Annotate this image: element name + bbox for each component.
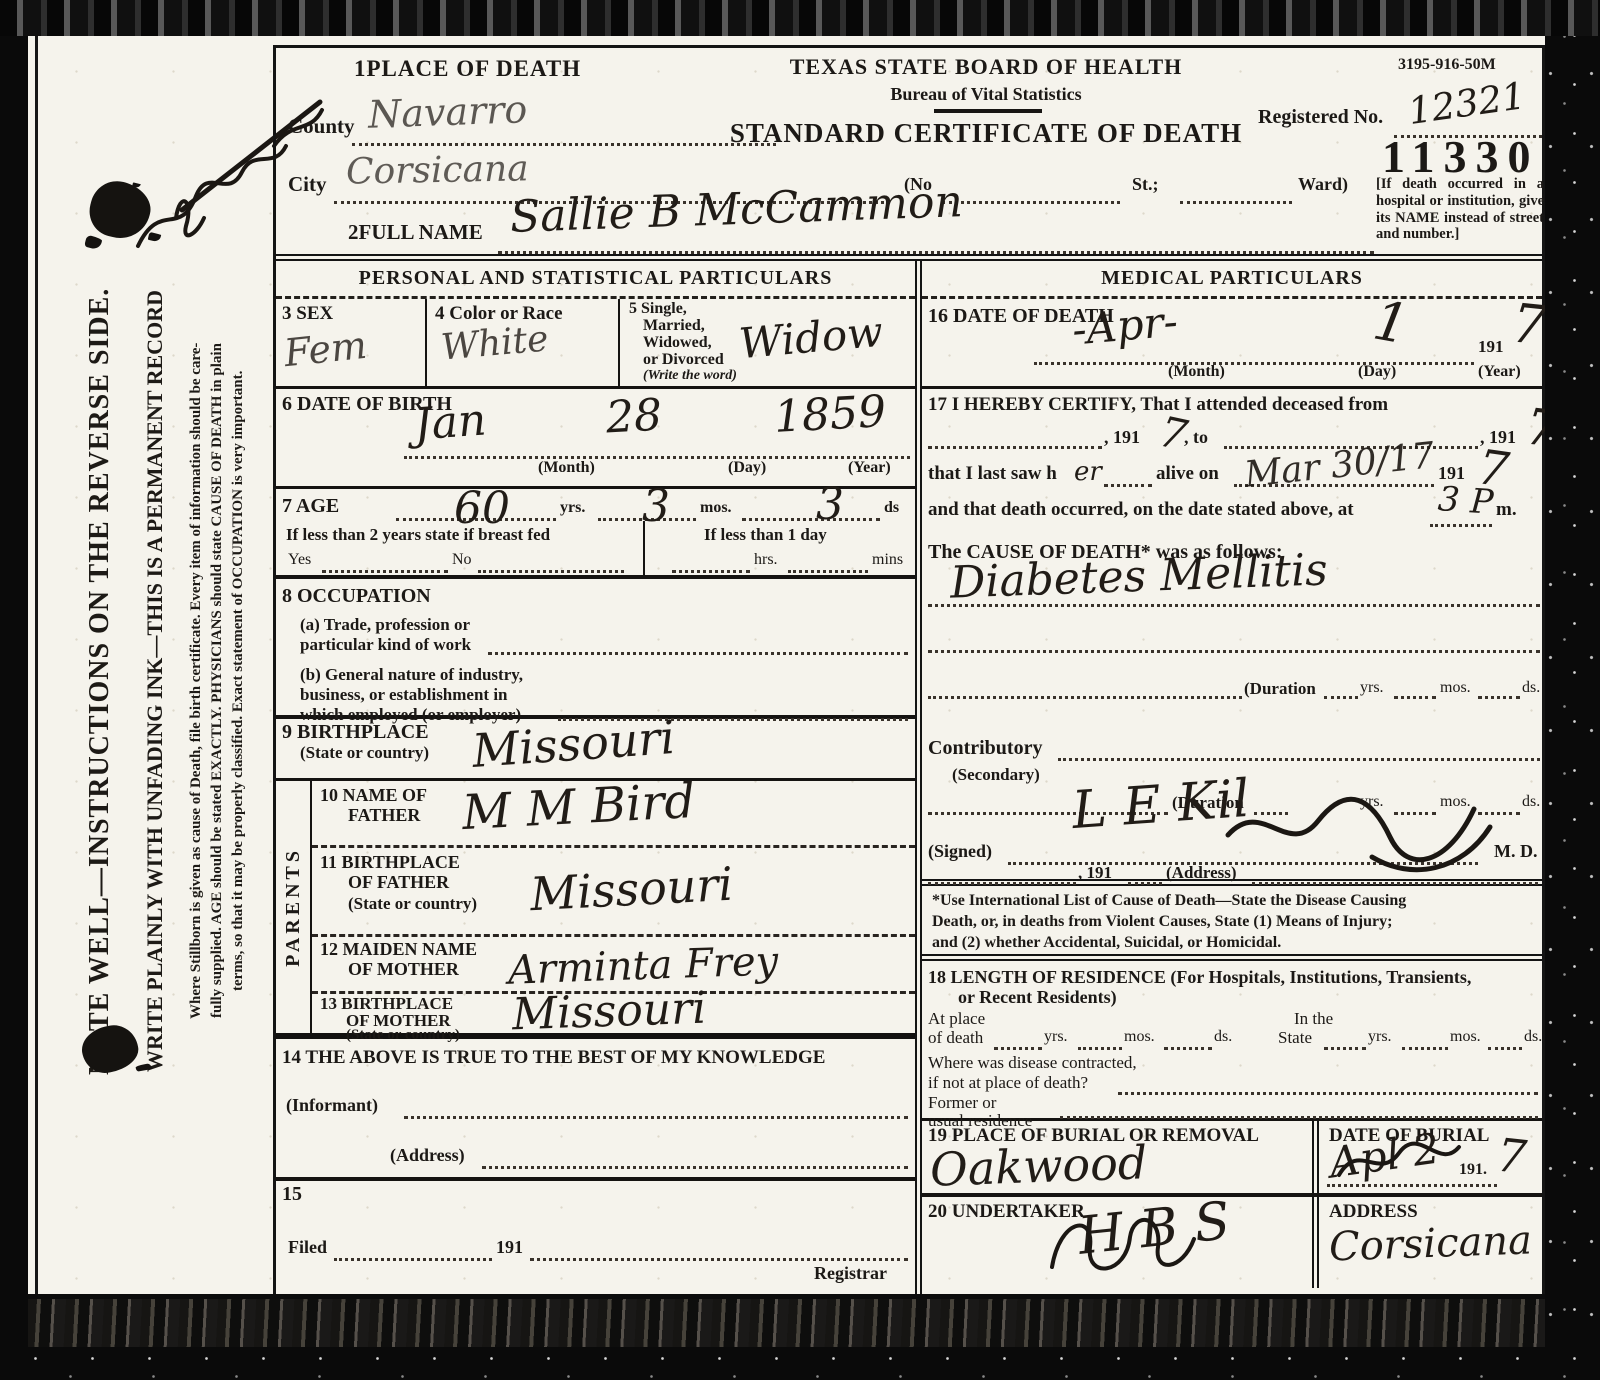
occupation-a-line2: particular kind of work (300, 635, 471, 655)
death-time-value: 3 P (1437, 479, 1495, 523)
registered-no-value: 12321 (1406, 74, 1529, 133)
bureau-subtitle: Bureau of Vital Statistics (706, 84, 1266, 105)
age-months-value: 3 (642, 481, 670, 532)
at-place-label-1: At place (928, 1009, 985, 1029)
attended-to-year: 7 (1523, 397, 1545, 458)
birthplace-label: 9 BIRTHPLACE (282, 721, 429, 744)
dod-191-print: 191 (1478, 337, 1504, 357)
from-191-print: , 191 (1104, 427, 1140, 448)
undertaker-address-cell: ADDRESS Corsicana (1319, 1197, 1542, 1288)
death-time-m-label: m. (1496, 499, 1517, 521)
occupation-a-line1: (a) Trade, profession or (300, 615, 470, 635)
residence-label-1: 18 LENGTH OF RESIDENCE (For Hospitals, I… (928, 967, 1471, 988)
parents-block: PARENTS 10 NAME OF FATHER M M Bird 11 BI… (276, 781, 915, 1039)
father-birthplace-row: 11 BIRTHPLACE OF FATHER (State or countr… (312, 848, 915, 937)
age-yrs-label: yrs. (560, 499, 585, 517)
scanned-death-certificate: { "colors": { "ink": "#1c1916", "paper":… (0, 0, 1600, 1380)
footnote-line-1: *Use International List of Cause of Deat… (932, 892, 1406, 910)
birthplace-caption: (State or country) (300, 743, 429, 763)
disease-q-line1: Where was disease contracted, (928, 1053, 1137, 1073)
mother-birthplace-value: Missouri (511, 983, 707, 1041)
duration2-ds-label: ds. (1522, 793, 1540, 811)
burial-place-cell: 19 PLACE OF BURIAL OR REMOVAL Oakwood (922, 1121, 1319, 1193)
dod-day-value: 1 (1369, 288, 1414, 356)
breast-fed-label: If less than 2 years state if breast fed (286, 525, 550, 545)
marital-label-2: Married, (643, 317, 705, 335)
father-label-2: FATHER (348, 805, 420, 826)
signature-flourish (1222, 779, 1502, 879)
in-the-label-2: State (1278, 1028, 1312, 1048)
race-cell: 4 Color or Race White (427, 299, 620, 386)
hospital-note: [If death occurred in a hospital or inst… (1376, 176, 1544, 243)
occupation-b-line1: (b) General nature of industry, (300, 665, 523, 685)
marital-label-4: or Divorced (643, 351, 724, 369)
city-label: City (288, 172, 327, 197)
burial-row: 19 PLACE OF BURIAL OR REMOVAL Oakwood DA… (922, 1121, 1542, 1197)
mother-birthplace-row: 13 BIRTHPLACE OF MOTHER (State or countr… (312, 994, 915, 1039)
marital-value: Widow (737, 307, 885, 368)
burial-date-cell: DATE OF BURIAL Apl 2 191. 7 (1319, 1121, 1542, 1193)
hrs-label: hrs. (754, 551, 778, 569)
former-label-1: Former or (928, 1093, 996, 1113)
dob-day-value: 28 (605, 390, 664, 444)
dob-month-caption: (Month) (538, 459, 595, 477)
age-ds-label: ds (884, 499, 899, 517)
age-days-value: 3 (816, 479, 844, 530)
in-the-label-1: In the (1294, 1009, 1333, 1029)
mins-label: mins (872, 551, 903, 569)
duration-ds-label: ds. (1522, 679, 1540, 697)
residence-block: 18 LENGTH OF RESIDENCE (For Hospitals, I… (922, 961, 1542, 1121)
res-mos-2: mos. (1450, 1028, 1481, 1046)
undertaker-cell: 20 UNDERTAKER H B S (922, 1197, 1319, 1288)
certificate-paper: NOTE WELL—INSTRUCTIONS ON THE REVERSE SI… (28, 36, 1545, 1294)
dob-year-caption: (Year) (848, 459, 891, 477)
res-yrs-1: yrs. (1044, 1028, 1068, 1046)
signed-address-caption: (Address) (1166, 863, 1237, 883)
signed-191-print: , 191 (1078, 863, 1112, 883)
parents-strip: PARENTS (276, 781, 312, 1033)
certificate-form: 1PLACE OF DEATH TEXAS STATE BOARD OF HEA… (273, 45, 1545, 1294)
yes-label: Yes (288, 551, 311, 569)
duration-mos-label: mos. (1440, 679, 1471, 697)
residence-label-2: or Recent Residents) (958, 987, 1117, 1008)
marital-label-1: 5 Single, (629, 300, 687, 318)
occupation-row: 8 OCCUPATION (a) Trade, profession or pa… (276, 579, 915, 719)
age-mos-label: mos. (700, 499, 732, 517)
marital-cell: 5 Single, Married, Widowed, or Divorced … (621, 299, 915, 386)
personal-section-title: PERSONAL AND STATISTICAL PARTICULARS (276, 261, 915, 299)
date-of-birth-row: 6 DATE OF BIRTH Jan 28 1859 (Month) (Day… (276, 389, 915, 489)
filed-label: Filed (288, 1237, 327, 1258)
full-name-label: 2FULL NAME (348, 220, 483, 245)
burial-191-print: 191. (1459, 1161, 1487, 1179)
birthplace-row: 9 BIRTHPLACE (State or country) Missouri (276, 719, 915, 781)
contributory-label: Contributory (928, 737, 1042, 760)
footnote-block: *Use International List of Cause of Deat… (922, 886, 1542, 961)
sex-value: Fem (282, 323, 369, 375)
father-bp-caption: (State or country) (348, 894, 477, 914)
duration-caption: (Duration (1244, 679, 1316, 699)
scan-top-frame-band (0, 0, 1600, 36)
county-value: Navarro (367, 87, 528, 137)
form-header: 1PLACE OF DEATH TEXAS STATE BOARD OF HEA… (276, 48, 1542, 261)
dod-day-caption: (Day) (1358, 363, 1396, 381)
no-label: No (452, 551, 472, 569)
father-birthplace-value: Missouri (529, 857, 735, 922)
dod-month-value: -Apr- (1070, 296, 1180, 354)
father-bp-label-2: OF FATHER (348, 872, 449, 893)
occurred-line: and that death occurred, on the date sta… (928, 499, 1354, 521)
last-saw-her: er (1074, 457, 1102, 487)
occupation-b-line2: business, or establishment in (300, 685, 508, 705)
undertaker-address-value: Corsicana (1328, 1217, 1532, 1270)
signed-caption: (Signed) (928, 841, 992, 862)
dob-day-caption: (Day) (728, 459, 766, 477)
item-15-label: 15 (282, 1183, 302, 1206)
medical-column: MEDICAL PARTICULARS 16 DATE OF DEATH -Ap… (922, 261, 1542, 1294)
filed-191-label: 191 (496, 1237, 523, 1258)
dod-year-caption: (Year) (1478, 363, 1521, 381)
res-ds-1: ds. (1214, 1028, 1232, 1046)
father-label-1: 10 NAME OF (320, 785, 427, 806)
secondary-caption: (Secondary) (952, 765, 1040, 785)
marital-label-3: Widowed, (643, 334, 712, 352)
city-value: Corsicana (346, 148, 529, 192)
date-of-death-row: 16 DATE OF DEATH -Apr- 1 191 7 (Month) (… (922, 299, 1542, 389)
undertaker-row: 20 UNDERTAKER H B S ADDRESS Corsicana (922, 1197, 1542, 1288)
ward-label: Ward) (1298, 174, 1348, 195)
age-label: 7 AGE (282, 495, 339, 518)
father-name-value: M M Bird (461, 773, 697, 841)
footnote-line-2: Death, or, in deaths from Violent Causes… (932, 913, 1392, 931)
disease-q-line2: if not at place of death? (928, 1073, 1088, 1093)
undertaker-scrawl (1042, 1203, 1242, 1283)
sex-label: 3 SEX (282, 303, 333, 325)
place-of-death-label: 1PLACE OF DEATH (354, 56, 581, 82)
affirmation-label: 14 THE ABOVE IS TRUE TO THE BEST OF MY K… (282, 1047, 825, 1069)
father-bp-label-1: 11 BIRTHPLACE (320, 852, 460, 873)
medical-section-title: MEDICAL PARTICULARS (922, 261, 1542, 299)
burial-year-value: 7 (1494, 1128, 1529, 1185)
less-than-day-label: If less than 1 day (704, 525, 827, 545)
footnote-line-3: and (2) whether Accidental, Suicidal, or… (932, 934, 1281, 952)
certification-block: 17 I HEREBY CERTIFY, That I attended dec… (922, 389, 1542, 886)
informant-address-label: (Address) (390, 1145, 465, 1166)
to-word: , to (1184, 427, 1208, 448)
age-row: 7 AGE 60 yrs. 3 mos. 3 ds If less than 2… (276, 489, 915, 579)
marital-label-5: (Write the word) (643, 368, 737, 384)
burial-place-value: Oakwood (929, 1135, 1148, 1197)
mother-label-1: 12 MAIDEN NAME (320, 939, 477, 960)
filed-row: 15 Filed 191 Registrar (276, 1181, 915, 1288)
dod-month-caption: (Month) (1168, 363, 1225, 381)
dob-month-value: Jan (412, 395, 488, 451)
occupation-label: 8 OCCUPATION (282, 585, 431, 608)
margin-note-well: NOTE WELL—INSTRUCTIONS ON THE REVERSE SI… (84, 76, 116, 1286)
res-yrs-2: yrs. (1368, 1028, 1392, 1046)
res-mos-1: mos. (1124, 1028, 1155, 1046)
board-title: TEXAS STATE BOARD OF HEALTH (706, 54, 1266, 80)
age-subcell-divider (643, 521, 645, 579)
md-label: M. D. (1494, 841, 1538, 862)
bureau-underline (934, 109, 1042, 113)
county-label: County (288, 114, 355, 139)
last-saw-pre: that I last saw h (928, 463, 1057, 485)
informant-label: (Informant) (286, 1095, 378, 1116)
personal-column: PERSONAL AND STATISTICAL PARTICULARS 3 S… (276, 261, 922, 1294)
street-label: St.; (1132, 174, 1159, 195)
at-place-label-2: of death (928, 1028, 983, 1048)
registrar-label: Registrar (814, 1263, 887, 1284)
form-code: 3195-916-50M (1398, 56, 1496, 74)
undertaker-address-label: ADDRESS (1329, 1201, 1418, 1223)
full-name-value: Sallie B McCammon (509, 176, 963, 243)
res-ds-2: ds. (1524, 1028, 1542, 1046)
duration-yrs-label: yrs. (1360, 679, 1384, 697)
mother-label-2: OF MOTHER (348, 959, 459, 980)
parents-label: PARENTS (282, 847, 305, 967)
sex-race-marital-row: 3 SEX Fem 4 Color or Race White 5 Single… (276, 299, 915, 389)
registered-no-label: Registered No. (1258, 106, 1383, 129)
scan-bottom-noise-band (28, 1294, 1545, 1347)
certify-line: 17 I HEREBY CERTIFY, That I attended dec… (928, 394, 1388, 416)
father-name-row: 10 NAME OF FATHER M M Bird (312, 781, 915, 848)
birthplace-value: Missouri (470, 710, 676, 778)
race-value: White (439, 318, 550, 368)
informant-row: 14 THE ABOVE IS TRUE TO THE BEST OF MY K… (276, 1039, 915, 1181)
sex-cell: 3 SEX Fem (276, 299, 427, 386)
alive-on-label: alive on (1156, 463, 1219, 485)
dod-year-value: 7 (1509, 291, 1545, 357)
dob-year-value: 1859 (773, 386, 888, 443)
